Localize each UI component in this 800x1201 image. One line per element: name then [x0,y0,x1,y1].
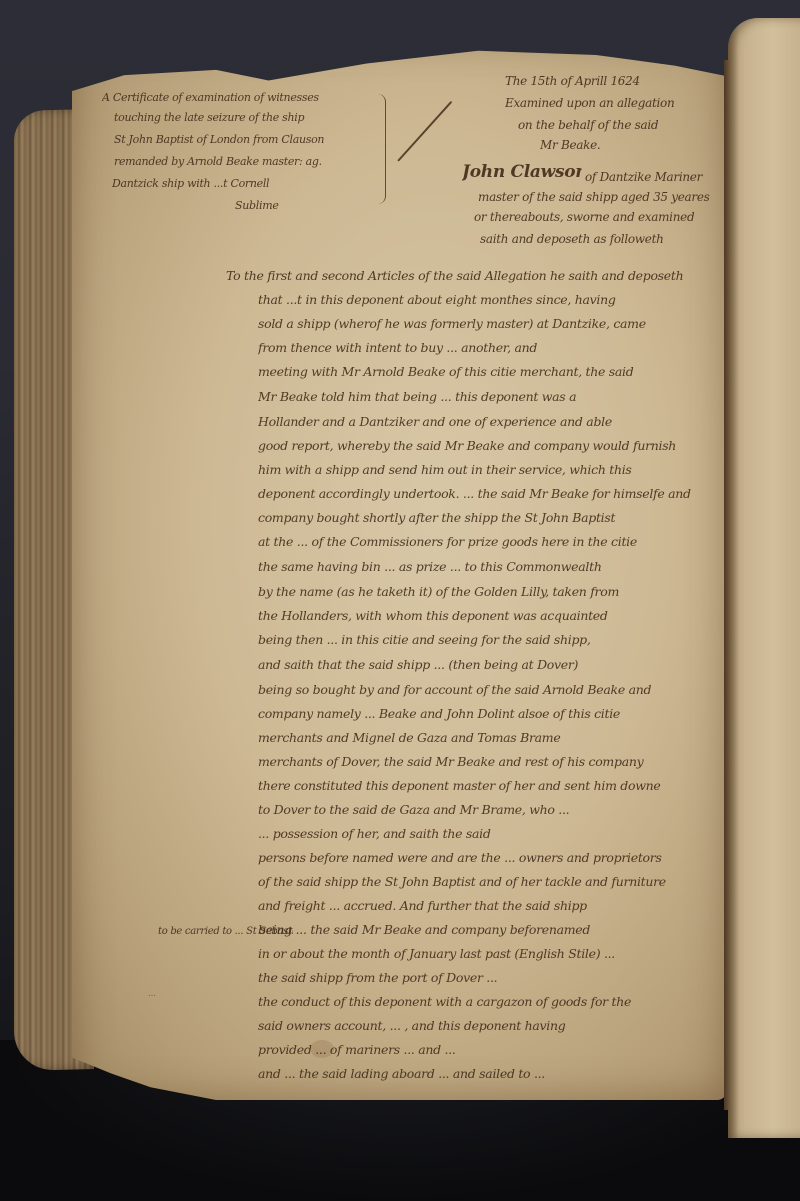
heading-line: on the behalf of the said [518,114,718,136]
book-gutter [724,60,729,1110]
heading-line: Mr Beake. [540,134,660,156]
margin-heading-line: touching the late seizure of the ship [114,108,376,128]
margin-heading-line: remanded by Arnold Beake master: ag. [114,152,376,172]
heading-line: Examined upon an allegation [505,92,720,114]
margin-note: to be carried to ... St Sebastian [158,922,293,942]
body-line: meeting with Mr Arnold Beake of this cit… [258,358,723,386]
deponent-description: of Dantzike Mariner [585,166,725,188]
body-line: and saith that the said shipp ... (then … [258,651,723,679]
body-line: at the ... of the Commissioners for priz… [258,528,723,556]
margin-heading-line: St John Baptist of London from Clauson [114,130,376,150]
body-line: and ... the said lading aboard ... and s… [258,1060,723,1088]
facing-page [728,18,800,1138]
body-line: Mr Beake told him that being ... this de… [258,383,723,411]
body-line: being then ... in this citie and seeing … [258,626,723,654]
date-line: The 15th of Aprill 1624 [505,70,720,92]
body-line: the same having bin ... as prize ... to … [258,553,723,581]
margin-bracket [375,94,386,204]
margin-note: ... [148,984,198,1004]
margin-heading-line: A Certificate of examination of witnesse… [102,88,377,108]
margin-heading-line: Sublime [235,196,315,216]
margin-heading-line: Dantzick ship with ...t Cornell [112,174,376,194]
deponent-description: or thereabouts, sworne and examined [474,206,723,228]
deponent-name: John Clawson [462,162,582,182]
deponent-description: saith and deposeth as followeth [480,228,680,250]
deponent-description: master of the said shipp aged 35 yeares [478,186,723,208]
